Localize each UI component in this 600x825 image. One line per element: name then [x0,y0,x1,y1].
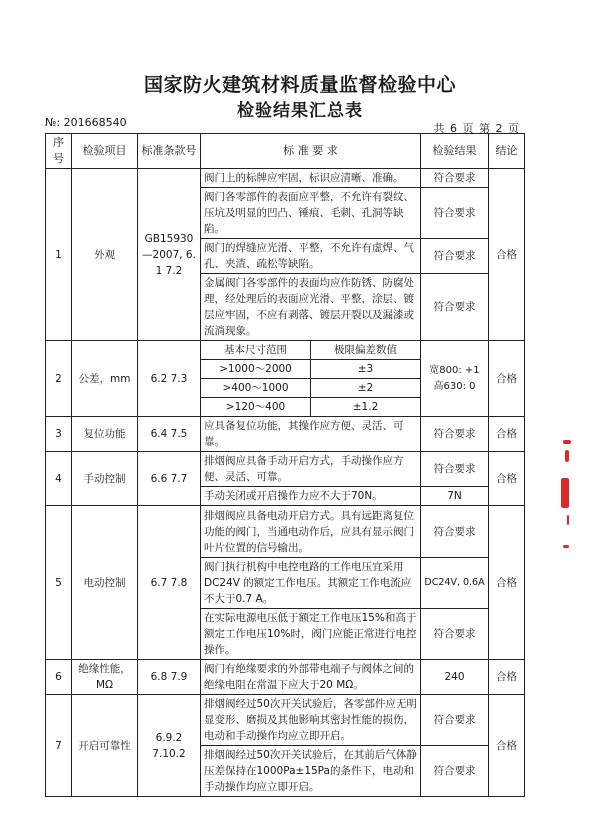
table-row: 2 公差，mm 6.2 7.3 基本尺寸范围 极限偏差数值 >1000～2000… [46,341,525,417]
requirement-cell: 阀门的焊缝应光滑、平整，不允许有虚焊、气孔、夹渣、疏松等缺陷。 [201,239,421,274]
conclusion-cell: 合格 [489,341,525,417]
tolerance-range: >400～1000 [201,379,311,398]
col-header-conclusion: 结论 [489,134,525,169]
result-cell: 宽800: +1 高630: 0 [421,341,489,417]
report-number: №: 201668540 [45,116,127,129]
tolerance-header-deviation: 极限偏差数值 [311,341,421,360]
col-header-result: 检验结果 [421,134,489,169]
tolerance-deviation: ±2 [311,379,421,398]
col-header-item: 检验项目 [72,134,138,169]
requirement-cell: 排烟阀应具备手动开启方式，手动操作应方便、灵活、可靠。 [201,452,421,487]
requirement-cell: 应具备复位功能，其操作应方便、灵活、可靠。 [201,417,421,452]
clause-cell: 6.8 7.9 [138,660,201,695]
seal-stamp-fragment [565,450,569,462]
col-header-clause: 标准条款号 [138,134,201,169]
table-row: 3 复位功能 6.4 7.5 应具备复位功能，其操作应方便、灵活、可靠。 符合要… [46,417,525,452]
conclusion-cell: 合格 [489,695,525,797]
item-cell: 公差，mm [72,341,138,417]
seq-cell: 1 [46,169,72,341]
seal-stamp-fragment [563,440,571,444]
item-cell: 手动控制 [72,452,138,506]
conclusion-cell: 合格 [489,452,525,506]
clause-cell: 6.7 7.8 [138,506,201,660]
requirement-cell: 在实际电源电压低于额定工作电压15%和高于额定工作电压10%时，阀门应能正常进行… [201,609,421,660]
requirement-cell: 阀门执行机构中电控电路的工作电压宜采用 DC24V 的额定工作电压。其额定工作电… [201,558,421,609]
seq-cell: 5 [46,506,72,660]
document-title: 国家防火建筑材料质量监督检验中心 [0,70,600,97]
seq-cell: 4 [46,452,72,506]
tolerance-subtable: 基本尺寸范围 极限偏差数值 >1000～2000 ±3 >400～1000 ±2… [201,341,420,416]
results-table: 序号 检验项目 标准条款号 标 准 要 求 检验结果 结论 1 外观 GB159… [45,133,525,797]
table-row: 7 开启可靠性 6.9.2 7.10.2 排烟阀经过50次开关试验后，各零部件应… [46,695,525,746]
seq-cell: 6 [46,660,72,695]
tolerance-header-range: 基本尺寸范围 [201,341,311,360]
item-cell: 开启可靠性 [72,695,138,797]
seq-cell: 3 [46,417,72,452]
clause-cell: 6.6 7.7 [138,452,201,506]
tolerance-subtable-cell: 基本尺寸范围 极限偏差数值 >1000～2000 ±3 >400～1000 ±2… [201,341,421,417]
result-cell: 符合要求 [421,506,489,558]
result-cell: 符合要求 [421,274,489,341]
result-cell: DC24V, 0.6A [421,558,489,609]
clause-cell: 6.9.2 7.10.2 [138,695,201,797]
result-cell: 符合要求 [421,188,489,239]
item-cell: 外观 [72,169,138,341]
seal-stamp-fragment [563,545,569,548]
result-cell: 符合要求 [421,695,489,746]
requirement-cell: 排烟阀应具备电动开启方式。具有远距离复位功能的阀门，当通电动作后，应具有显示阀门… [201,506,421,558]
tolerance-deviation: ±1.2 [311,398,421,417]
table-row: 6 绝缘性能，MΩ 6.8 7.9 阀门有绝缘要求的外部带电端子与阀体之间的绝缘… [46,660,525,695]
result-cell: 符合要求 [421,239,489,274]
result-cell: 符合要求 [421,169,489,188]
item-cell: 绝缘性能，MΩ [72,660,138,695]
item-cell: 复位功能 [72,417,138,452]
seal-stamp-fragment [561,478,569,508]
item-cell: 电动控制 [72,506,138,660]
result-cell: 240 [421,660,489,695]
result-cell: 符合要求 [421,417,489,452]
tolerance-deviation: ±3 [311,360,421,379]
conclusion-cell: 合格 [489,169,525,341]
table-row: 4 手动控制 6.6 7.7 排烟阀应具备手动开启方式，手动操作应方便、灵活、可… [46,452,525,487]
requirement-cell: 阀门上的标牌应牢固，标识应清晰、准确。 [201,169,421,188]
requirement-cell: 金属阀门各零部件的表面均应作防锈、防腐处理，经处理后的表面应光滑、平整，涂层、镀… [201,274,421,341]
clause-cell: 6.4 7.5 [138,417,201,452]
tolerance-range: >120～400 [201,398,311,417]
col-header-requirement: 标 准 要 求 [201,134,421,169]
conclusion-cell: 合格 [489,506,525,660]
seq-cell: 7 [46,695,72,797]
clause-cell: 6.2 7.3 [138,341,201,417]
requirement-cell: 阀门各零部件的表面应平整，不允许有裂纹、压坑及明显的凹凸、锤痕、毛刺、孔洞等缺陷… [201,188,421,239]
table-row: 5 电动控制 6.7 7.8 排烟阀应具备电动开启方式。具有远距离复位功能的阀门… [46,506,525,558]
result-cell: 符合要求 [421,452,489,487]
tolerance-range: >1000～2000 [201,360,311,379]
col-header-seq: 序号 [46,134,72,169]
conclusion-cell: 合格 [489,660,525,695]
seq-cell: 2 [46,341,72,417]
table-row: 1 外观 GB15930—2007, 6.1 7.2 阀门上的标牌应牢固，标识应… [46,169,525,188]
conclusion-cell: 合格 [489,417,525,452]
seal-stamp-fragment [567,515,569,525]
requirement-cell: 排烟阀经过50次开关试验后，在其前后气体静压差保持在1000Pa±15Pa的条件… [201,746,421,797]
clause-cell: GB15930—2007, 6.1 7.2 [138,169,201,341]
requirement-cell: 手动关闭或开启操作力应不大于70N。 [201,487,421,506]
result-cell: 7N [421,487,489,506]
requirement-cell: 排烟阀经过50次开关试验后，各零部件应无明显变形、磨损及其他影响其密封性能的损伤… [201,695,421,746]
table-header-row: 序号 检验项目 标准条款号 标 准 要 求 检验结果 结论 [46,134,525,169]
result-cell: 符合要求 [421,746,489,797]
requirement-cell: 阀门有绝缘要求的外部带电端子与阀体之间的绝缘电阻在常温下应大于20 MΩ。 [201,660,421,695]
result-cell: 符合要求 [421,609,489,660]
